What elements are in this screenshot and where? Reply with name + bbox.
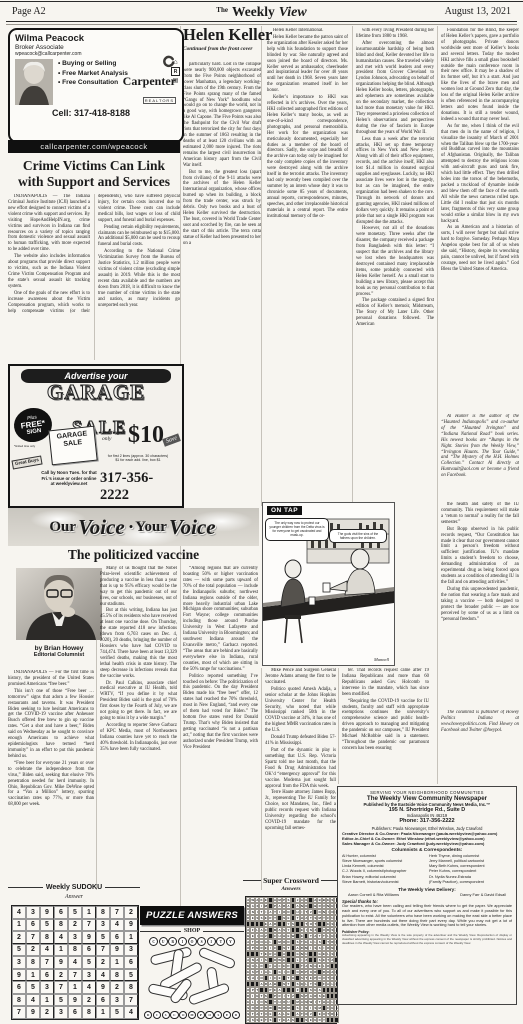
speech-bubble-1: The only way now to protect our younger … [265,518,329,541]
paragraph: Part of the dynamic in play is something… [265,748,336,789]
grid-cell: 5 [82,956,96,969]
circled-letter: S [162,1011,170,1019]
column-rule [352,26,353,506]
circled-letter: O [179,1011,187,1019]
scramble-shape [149,946,192,966]
masthead-paper-name: The Weekly View [367,795,417,802]
crime-headline-line1: Crime Victims Can Link [8,158,180,174]
grid-cell: 3 [40,981,54,994]
garage-word: GARAGE [10,383,182,403]
correspondents-title: Columnists & Correspondents: [342,848,512,853]
grid-cell: 4 [68,956,82,969]
banner-voice2: Voice [169,515,216,540]
carpenter-swirl-icon [161,54,176,69]
realtor-ad: Wilma Peacock Broker Associate wpeacock@… [8,28,184,143]
realtor-title: Broker Associate [15,44,177,51]
masthead-view: View [279,5,307,20]
circled-letter: Y [226,937,235,946]
call-instructions: Call by Noon Tues. for that Fri.’s issue… [40,470,98,487]
grid-cell: 3 [124,944,138,957]
grid-cell: 8 [12,994,26,1007]
grid-cell: 8 [124,981,138,994]
realtor-website-bar: callcarpenter.com/wpeacock [8,140,180,153]
vaccine-col-5: ter. That records request came after 19 … [342,668,429,782]
byline: by Brian Howey [16,645,102,652]
grid-cell: 2 [40,1006,54,1019]
circled-letter: U [159,937,168,946]
crime-headline: Crime Victims Can Link with Support and … [8,158,180,190]
paragraph: But Bopp observed in his public records … [441,527,519,586]
paragraph: The columnist is publisher of Howey Poli… [441,710,519,734]
grid-cell: 3 [96,919,110,932]
grid-cell: 8 [40,931,54,944]
grid-cell: 3 [68,931,82,944]
paragraph: Mike Pence and Surgeon General Jerome Ad… [265,668,336,686]
paragraph: (Family Practice), correspondent [429,880,512,885]
banner-dot: • [129,519,134,535]
grid-cell: 2 [12,931,26,944]
editorial-cartoon: ON TAP The only way now to protect our y… [262,502,395,666]
grid-cell: 9 [82,931,96,944]
paragraph: “Free beer for everyone 21 years or over… [8,761,94,808]
great-buys-tag: Great Buys [11,455,42,469]
grid-cell: 1 [96,1006,110,1019]
crime-headline-line2: with Support and Services [8,174,180,190]
paragraph: Helen Keller became the patron saint of … [267,35,348,94]
column-rule [437,26,438,784]
grid-cell: 3 [54,1006,68,1019]
grid-cell: 8 [54,919,68,932]
grid-cell: 5 [54,994,68,1007]
paragraph: Foundation for the Blind, the keeper of … [441,28,519,123]
grid-cell: 3 [26,906,40,919]
hk-column-d: Foundation for the Blind, the keeper of … [441,28,519,416]
vaccine-headline: The politicized vaccine [8,547,259,563]
paragraph: Helen Keller International. [267,28,348,34]
paragraph: This isn’t one of those “Free beer … tom… [8,689,94,760]
grid-cell: 2 [26,944,40,957]
banner-voice: Voice [78,515,125,540]
banner-your: Your [135,519,167,536]
correspondents-left: Al Hunter, columnistSteve Nicewanger, sp… [342,854,425,885]
paragraph: Pending certain eligibility requirements… [98,225,180,249]
paragraph: After overcoming the almost insurmountab… [356,41,434,136]
grid-cell: 2 [110,981,124,994]
free-sign-burst: Plus FREE* SIGN [12,406,54,445]
shop-title-row: SHOP [140,928,244,934]
scramble-shape [198,946,237,970]
grid-cell: 3 [82,969,96,982]
circled-letter: C [170,1011,178,1019]
issue-date: August 13, 2021 [445,6,511,17]
paragraph: Less than a week after the terrorist att… [356,137,434,226]
grid-cell: 1 [68,981,82,994]
word-scramble-answer: CURIOSITY DISCOMPOSED [142,937,242,1021]
carpenter-realtors: REALTORS [143,97,176,104]
paragraph: the health and safety of the IU communit… [441,502,519,526]
grid-cell: 9 [40,906,54,919]
vaccine-col-6: the health and safety of the IU communit… [441,502,519,706]
paragraph: According to the National Crime Victimiz… [98,249,180,308]
grid-cell: 1 [110,956,124,969]
special-thanks-text: Our readers, who have been calling and t… [342,904,512,929]
carpenter-logo: Carpenter REALTORS [123,54,176,107]
grid-cell: 7 [68,969,82,982]
grid-cell: 4 [96,969,110,982]
hk-column-b: Helen Keller International.Helen Keller … [267,28,348,506]
crossword-answer-grid: AWAKEAMPSJAGABBESSMAXIMPARAANOBRUNETINIT… [245,896,337,1024]
circled-letter: P [197,1011,205,1019]
grid-cell: 6 [124,956,138,969]
grid-cell: 9 [54,956,68,969]
grid-cell: 8 [96,906,110,919]
cartoon-title: ON TAP [267,506,302,515]
top-rule [0,1,523,2]
circled-letter: D [144,1011,152,1019]
paragraph: ter. That records request came after 19 … [342,668,429,698]
shop-title: SHOP [184,928,200,934]
yard-sign: GARAGE SALE [48,426,97,466]
grid-cell: 6 [110,931,124,944]
banner-our: Our [49,519,76,536]
grid-cell: 4 [54,931,68,944]
paragraph: As for me, when I think of the evil that… [441,124,519,225]
grid-cell: 6 [54,906,68,919]
paragraph: Many of us thought that the Nobel Prize-… [100,566,177,607]
grid-cell: 6 [26,919,40,932]
title-rule [140,931,181,932]
hk-column-c: with every living President during her l… [356,28,434,506]
grid-cell: 6 [12,981,26,994]
paragraph: “Requiring the COVID-19 vaccine for IU s… [342,699,429,752]
paragraph: But at this writing, Indiana has just 45… [100,608,177,679]
paragraph: Terre Haute attorney James Bopp, Jr., re… [265,790,336,831]
grid-cell: 7 [110,906,124,919]
scramble-top-word: CURIOSITY [142,937,242,946]
paragraph: Politico reported something I’ve touched… [183,674,258,751]
circled-letter: R [168,937,177,946]
grid-cell: 2 [96,956,110,969]
paragraph: Keller’s importance to HKI was reflected… [267,95,348,219]
paragraph: But to me, the greatest loss (apart from… [183,170,261,247]
owners-list: Creative Director & Co-Owner: Paula Nice… [342,831,512,846]
circled-letter: S [197,937,206,946]
grid-cell: 7 [54,981,68,994]
circled-letter: E [223,1011,231,1019]
sudoku-title-row: Weekly SUDOKU [8,884,140,891]
sudoku-title: Weekly SUDOKU [46,884,102,891]
realtor-name: Wilma Peacock [15,33,177,44]
scramble-bottom-word: DISCOMPOSED [142,1011,242,1019]
circled-letter: O [205,1011,213,1019]
circled-letter: S [214,1011,222,1019]
grid-cell: 1 [12,919,26,932]
garage-ad-phone: 317-356-2222 [100,470,182,504]
grid-cell: 7 [26,931,40,944]
paragraph: According to reporter Steve Garbacz of K… [100,723,177,753]
vaccine-columnist-bio: The columnist is publisher of Howey Poli… [441,710,519,782]
crossword-title-row: Super Crossword [243,876,339,885]
grid-cell: 5 [96,931,110,944]
grid-cell: 2 [124,906,138,919]
publisher-policy-text: Advertising appearing in the Weekly View… [342,934,512,945]
grid-cell: 9 [68,994,82,1007]
sudoku-answer-grid: 4396518721658273492784395615241867933879… [11,905,139,1020]
circled-letter: D [232,1011,240,1019]
paragraph: The website also includes information ab… [8,254,90,290]
grid-cell: 7 [40,956,54,969]
limited-note: *limited time only [14,444,35,448]
circled-letter: O [188,937,197,946]
grid-cell: 2 [54,969,68,982]
grid-cell: 6 [68,1006,82,1019]
puzzle-answers-banner: PUZZLE ANSWERS [140,906,244,925]
header-rule [6,21,517,22]
grid-cell: 8 [82,1006,96,1019]
masthead-the: The [216,6,228,14]
grid-cell: 3 [12,956,26,969]
column-rule [261,26,262,506]
grid-cell: 9 [96,981,110,994]
circled-letter: T [216,937,225,946]
vaccine-col-4: Mike Pence and Surgeon General Jerome Ad… [265,668,336,890]
grid-cell: 5 [124,969,138,982]
masthead-box: SERVING YOUR NEIGHBORHOOD COMMUNITIES Th… [337,786,517,1005]
grid-cell: 1 [82,906,96,919]
sudoku-answer-label: Answer [8,894,140,900]
grid-cell: 1 [124,931,138,944]
paragraph: Dr. Paul Calkins, associate chief medica… [100,681,177,722]
grid-cell: 8 [68,944,82,957]
grid-cell: 6 [96,994,110,1007]
columnist-photo-block: by Brian Howey Editorial Columnist [16,568,102,658]
paragraph: particularly hard. Lost in the collapse … [183,62,261,169]
paragraph: Politico quoted Amesh Adalja, a senior s… [265,687,336,734]
grid-cell: 4 [40,944,54,957]
paragraph: Sales Manager & Co-Owner: Judy Crawford … [342,841,512,846]
paragraph: During this unprecedented pandemic, the … [441,587,519,623]
grid-cell: 5 [12,944,26,957]
circled-letter: I [207,937,216,946]
grid-cell: 4 [124,1006,138,1019]
speech-bubble-2: The gods visit the sins of the fathers u… [329,529,387,543]
grid-cell: 9 [124,919,138,932]
column-rule [338,668,339,784]
title-rule [105,887,140,888]
save-tag: Save [162,433,181,446]
circled-letter: M [188,1011,196,1019]
title-rule [8,887,43,888]
grid-cell: 7 [12,1006,26,1019]
hk-column-a: particularly hard. Lost in the collapse … [183,62,261,508]
vaccine-col-3: “Among regions that are currently boasti… [183,566,258,894]
paragraph: “Among regions that are currently boasti… [183,566,258,673]
delivery-names-right: Danny Farr & David Edsall [460,892,506,897]
paragraph: Steve Barnett, historian/columnist [342,880,425,885]
grid-cell: 1 [54,944,68,957]
grid-cell: 5 [26,981,40,994]
byline-title: Editorial Columnist [16,652,102,658]
columnist-photo [16,568,102,640]
grid-cell: 9 [12,969,26,982]
cartoonist-signature: Mannell [374,657,389,662]
grid-cell: 4 [82,981,96,994]
grid-cell: 2 [82,994,96,1007]
paragraph: INDIANAPOLIS — The Indiana Criminal Just… [8,194,90,253]
paragraph: with every living President during her l… [356,28,434,40]
paragraph: The package contained a signed first edi… [356,298,434,328]
crossword-title: Super Crossword [263,876,319,885]
column-rule [261,668,262,890]
masthead-phone: Phone: 317-356-2222 [342,818,512,824]
grid-cell: 4 [26,994,40,1007]
circled-letter: C [149,937,158,946]
grid-cell [334,1017,338,1023]
paragraph: As an American and a historian of sorts,… [441,225,519,272]
grid-cell: 6 [40,969,54,982]
circled-letter: I [153,1011,161,1019]
grid-cell: 5 [40,919,54,932]
grid-cell: 8 [110,969,124,982]
grid-cell: 5 [68,906,82,919]
grid-cell: 1 [40,994,54,1007]
agent-photo [15,59,53,105]
circled-letter: I [178,937,187,946]
grid-cell: 3 [110,994,124,1007]
masthead-weekly: Weekly [232,4,275,19]
grid-cell: 7 [124,994,138,1007]
paragraph: Donald Trump defeated Biden 57-41% in Mi… [265,735,336,747]
vaccine-col-2: Many of us thought that the Nobel Prize-… [100,566,177,894]
newspaper-page: Page A2 The Weekly View August 13, 2021 … [0,0,523,1024]
garage-sale-ad: Advertise your GARAGE SALE Plus FREE* SI… [8,364,184,508]
grid-cell: 5 [110,1006,124,1019]
fine-print-2: $1 for each add. line, box $1 [102,458,174,462]
grid-cell: 8 [26,956,40,969]
opinion-banner: Our Voice • Your Voice [8,508,259,546]
title-rule [203,931,244,932]
grid-cell: 9 [26,1006,40,1019]
price: $10 [128,422,164,449]
vaccine-col-1: INDIANAPOLIS — For the first time in his… [8,670,94,876]
carpenter-brand: Carpenter [123,74,176,89]
fine-print: for first 2 lines (approx. 30 characters… [102,454,174,463]
paragraph: Al Hunter is the author of the “Haunted … [441,414,519,479]
hk-author-bio: Al Hunter is the author of the “Haunted … [441,414,519,498]
delivery-names-left: Aaron Cornell & Rita Williams [348,892,399,897]
crime-article-body: INDIANAPOLIS — The Indiana Criminal Just… [8,194,180,360]
grid-cell: 1 [26,969,40,982]
correspondents-right: Herb Thyme, dining columnistJerry Mannel… [429,854,512,885]
grid-cell: 4 [12,906,26,919]
title-rule [243,880,261,881]
paragraph: INDIANAPOLIS — For the first time in his… [8,670,94,688]
paragraph: However, not all of the donations were m… [356,226,434,297]
grid-cell: 7 [96,944,110,957]
grid-cell: 2 [68,919,82,932]
crossword-answers-label: Answers [243,886,339,892]
grid-cell: 6 [82,944,96,957]
grid-cell: 9 [110,944,124,957]
grid-cell: 7 [82,919,96,932]
realtor-cell-phone: Cell: 317-418-8188 [52,108,182,118]
masthead-paper-type: Community Newspaper [418,795,487,802]
grid-cell: 4 [110,919,124,932]
